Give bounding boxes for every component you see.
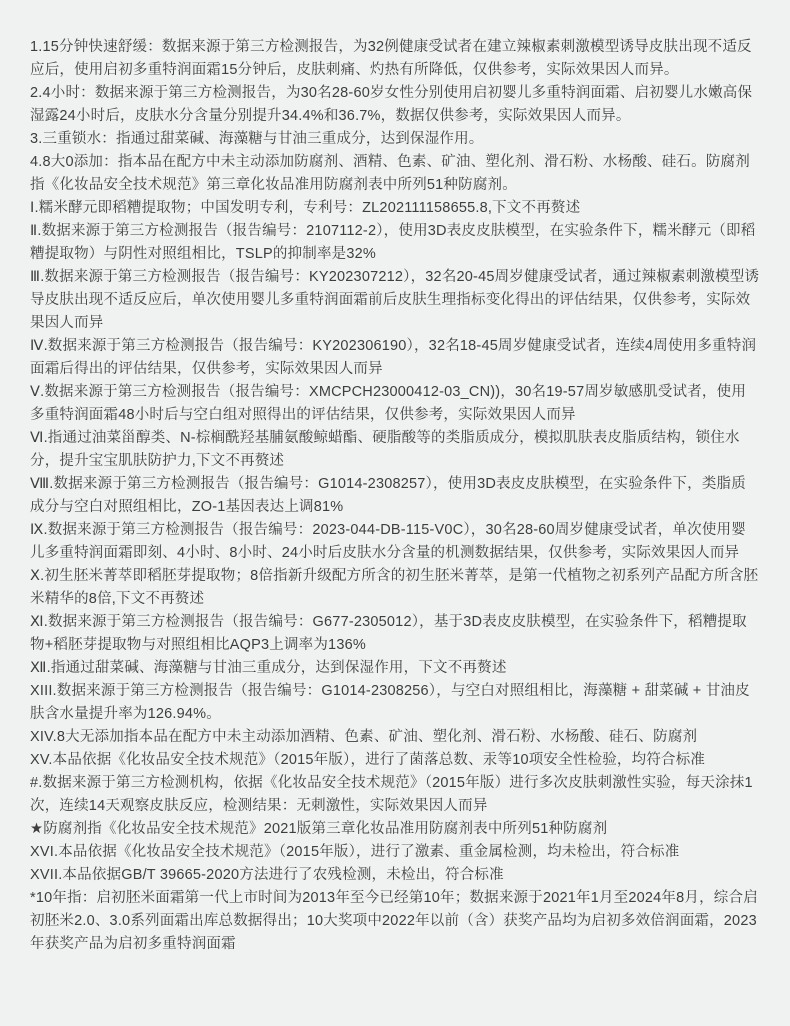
disclaimer-item: *10年指：启初胚米面霜第一代上市时间为2013年至今已经第10年；数据来源于2… [30,887,760,956]
disclaimer-item: Ⅻ.指通过甜菜碱、海藻糖与甘油三重成分，达到保湿作用，下文不再赘述 [30,657,760,680]
product-disclaimer-text-block: 1.15分钟快速舒缓：数据来源于第三方检测报告，为32例健康受试者在建立辣椒素刺… [0,0,790,956]
disclaimer-item: Ⅸ.数据来源于第三方检测报告（报告编号：2023-044-DB-115-V0C）… [30,519,760,565]
disclaimer-item: XIII.数据来源于第三方检测报告（报告编号：G1014-2308256），与空… [30,680,760,726]
disclaimer-item: Ⅱ.数据来源于第三方检测报告（报告编号：2107112-2），使用3D表皮皮肤模… [30,220,760,266]
disclaimer-item: #.数据来源于第三方检测机构，依据《化妆品安全技术规范》（2015年版）进行多次… [30,772,760,818]
disclaimer-item: 2.4小时：数据来源于第三方检测报告，为30名28-60岁女性分别使用启初婴儿多… [30,82,760,128]
disclaimer-item: XVI.本品依据《化妆品安全技术规范》（2015年版），进行了激素、重金属检测，… [30,841,760,864]
disclaimer-item: XIV.8大无添加指本品在配方中未主动添加酒精、色素、矿油、塑化剂、滑石粉、水杨… [30,726,760,749]
disclaimer-item: Ⅳ.数据来源于第三方检测报告（报告编号：KY202306190），32名18-4… [30,335,760,381]
disclaimer-item: 1.15分钟快速舒缓：数据来源于第三方检测报告，为32例健康受试者在建立辣椒素刺… [30,36,760,82]
disclaimer-item: 4.8大0添加：指本品在配方中未主动添加防腐剂、酒精、色素、矿油、塑化剂、滑石粉… [30,151,760,197]
disclaimer-item: 3.三重锁水：指通过甜菜碱、海藻糖与甘油三重成分，达到保湿作用。 [30,128,760,151]
disclaimer-item: ★防腐剂指《化妆品安全技术规范》2021版第三章化妆品准用防腐剂表中所列51种防… [30,818,760,841]
disclaimer-item: Ⅹ.初生胚米菁萃即稻胚芽提取物；8倍指新升级配方所含的初生胚米菁萃，是第一代植物… [30,565,760,611]
disclaimer-item: Ⅵ.指通过油菜甾醇类、N-棕榈酰羟基脯氨酸鲸蜡酯、硬脂酸等的类脂质成分，模拟肌肤… [30,427,760,473]
disclaimer-item: XVII.本品依据GB/T 39665-2020方法进行了农残检测，未检出，符合… [30,864,760,887]
disclaimer-item: Ⅺ.数据来源于第三方检测报告（报告编号：G677-2305012），基于3D表皮… [30,611,760,657]
disclaimer-item: Ⅲ.数据来源于第三方检测报告（报告编号：KY202307212），32名20-4… [30,266,760,335]
disclaimer-item: Ⅴ.数据来源于第三方检测报告（报告编号：XMCPCH23000412-03_CN… [30,381,760,427]
disclaimer-item: XV.本品依据《化妆品安全技术规范》（2015年版），进行了菌落总数、汞等10项… [30,749,760,772]
disclaimer-item: Ⅰ.糯米酵元即稻糟提取物；中国发明专利，专利号：ZL202111158655.8… [30,197,760,220]
disclaimer-item: Ⅷ.数据来源于第三方检测报告（报告编号：G1014-2308257），使用3D表… [30,473,760,519]
